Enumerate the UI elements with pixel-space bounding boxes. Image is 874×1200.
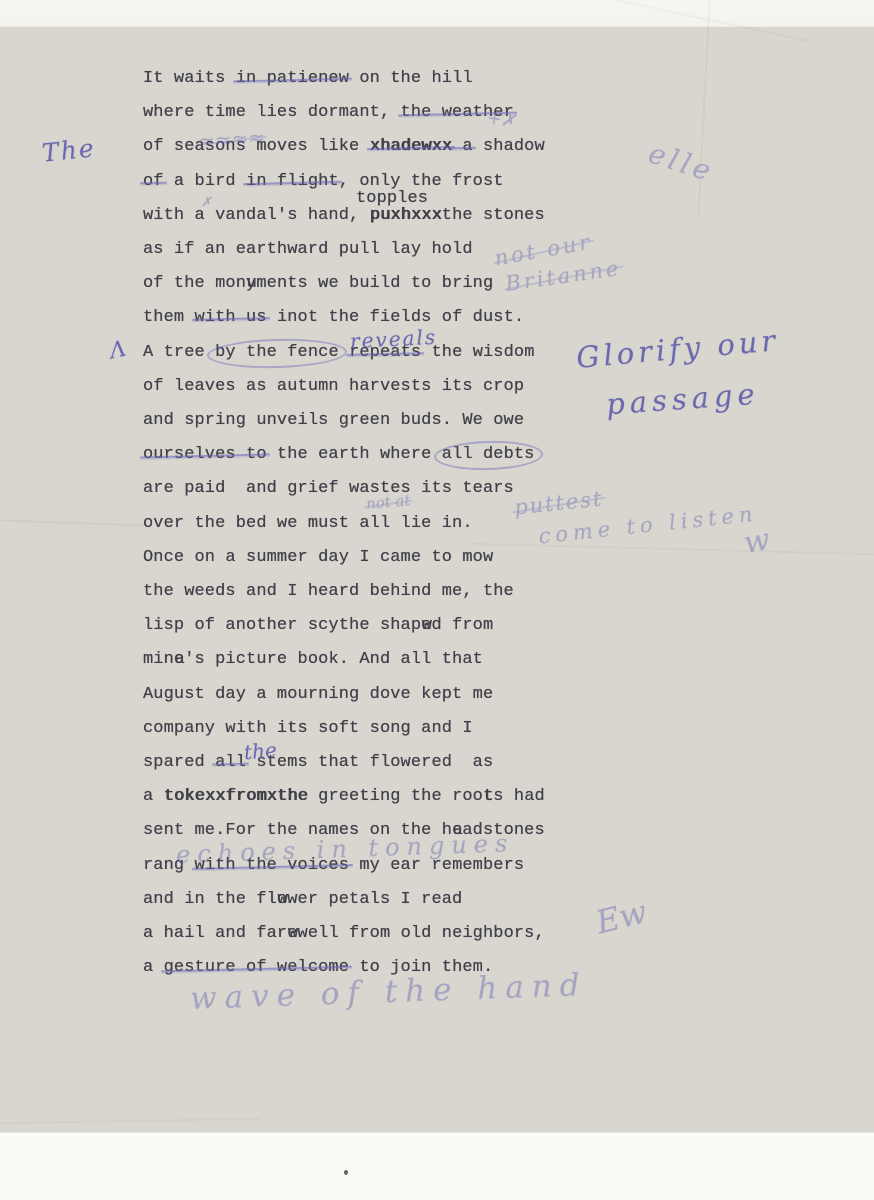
typed-text: well from old neighbors,: [298, 925, 545, 942]
typed-text: a hail and far: [143, 925, 287, 942]
handwritten-annotation: not at: [365, 491, 411, 513]
overstruck-chars: ow: [277, 891, 287, 908]
handwritten-annotation: puttest: [513, 486, 605, 519]
typed-text: stems that flowered as: [246, 754, 493, 771]
typed-text: Once on a summer day I came to mow: [143, 549, 493, 566]
typed-text: [339, 344, 349, 361]
typed-line-12: and spring unveils green buds. We owe: [143, 412, 524, 429]
typed-line-17: the weeds and I heard behind me, the: [143, 583, 514, 600]
typed-text: them: [143, 309, 195, 326]
typed-text: A tree: [143, 344, 215, 361]
scanner-edge-bottom: [0, 1132, 874, 1200]
typed-text: the stones: [442, 207, 545, 224]
overstruck-chars: ew: [287, 925, 297, 942]
typed-text: are paid and grief wastes its tears: [143, 480, 514, 497]
typed-text: of the mon: [143, 275, 246, 292]
typed-line-18: lisp of another scythe shapewd from: [143, 617, 493, 634]
handwritten-annotation: ✗: [201, 195, 212, 210]
scanner-edge-top: [0, 0, 874, 27]
crease-mark: [0, 1118, 260, 1125]
handwritten-annotation: +✗: [486, 108, 517, 132]
handwritten-annotation: Λ: [108, 337, 129, 365]
pen-struck-text: gesture of welcome: [164, 959, 349, 976]
typed-text: s had: [493, 788, 545, 805]
typed-line-21: company with its soft song and I: [143, 720, 473, 737]
typed-line-15: over the bed we must all lie in.: [143, 515, 473, 532]
typed-line-22: spared all stems that flowered as: [143, 754, 493, 771]
typed-text: of leaves as autumn harvests its crop: [143, 378, 524, 395]
crease-mark: [0, 519, 150, 526]
typed-text: 's picture book. And all that: [184, 651, 483, 668]
handwritten-annotation: Ew: [592, 892, 650, 941]
typed-text: lisp of another scythe shap: [143, 617, 421, 634]
typed-text: It waits: [143, 70, 236, 87]
typed-text: min: [143, 651, 174, 668]
pen-struck-text: ourselves to: [143, 446, 267, 463]
scanned-poem-page: It waits in patienew on the hillwhere ti…: [0, 0, 874, 1200]
typed-line-4: of a bird in flight, only the frost: [143, 173, 504, 190]
typed-line-9: them with us inot the fields of dust.: [143, 309, 524, 326]
typed-line-19: minea's picture book. And all that: [143, 651, 483, 668]
typed-line-14: are paid and grief wastes its tears: [143, 480, 514, 497]
typed-text: wer petals I read: [287, 891, 462, 908]
ink-speck: [344, 1170, 348, 1175]
handwritten-annotation: the: [243, 738, 278, 765]
typed-text: with a vandal's hand,: [143, 207, 370, 224]
typed-text: greeting the roo: [308, 788, 483, 805]
typed-over-text: tokexxfromxthe: [164, 788, 308, 805]
typed-line-7: as if an earthward pull lay hold: [143, 241, 473, 258]
typed-text: inot the fields of dust.: [267, 309, 525, 326]
typed-line-10: A tree by the fence repeats the wisdom: [143, 344, 535, 361]
typed-line-11: of leaves as autumn harvests its crop: [143, 378, 524, 395]
typed-line-5: topples: [356, 190, 428, 207]
typed-text: ments we build to bring: [256, 275, 493, 292]
typed-text: d from: [431, 617, 493, 634]
typed-line-16: Once on a summer day I came to mow: [143, 549, 493, 566]
typed-text: shadow: [473, 138, 545, 155]
handwritten-annotation: passage: [605, 377, 761, 422]
pen-struck-text: in flight: [246, 173, 339, 190]
typed-text: a: [143, 959, 164, 976]
handwritten-annotation: The: [41, 133, 97, 167]
typed-over-pen-struck-text: xhadewxx: [370, 138, 452, 155]
typed-line-26: and in the flowwer petals I read: [143, 891, 462, 908]
overstruck-chars: yu: [246, 275, 256, 292]
pen-struck-text: all: [215, 754, 246, 771]
overstruck-chars: ew: [421, 617, 431, 634]
overstruck-chars: tt: [483, 788, 493, 805]
handwritten-annotation: ≈≈≈≈: [197, 125, 266, 154]
typed-text: company with its soft song and I: [143, 720, 473, 737]
crease-mark: [470, 543, 874, 556]
typed-text: a bird: [164, 173, 246, 190]
typed-line-13: ourselves to the earth where all debts: [143, 446, 534, 463]
typed-text: the earth where: [267, 446, 442, 463]
pen-circled-text: all debts: [442, 446, 535, 463]
handwritten-annotation: elle: [645, 136, 719, 188]
typed-text: over the bed we must all lie in.: [143, 515, 473, 532]
typed-line-20: August day a mourning dove kept me: [143, 686, 493, 703]
typed-text: the weeds and I heard behind me, the: [143, 583, 514, 600]
typed-text: as if an earthward pull lay hold: [143, 241, 473, 258]
typed-text: spared: [143, 754, 215, 771]
typed-text: a: [143, 788, 164, 805]
typed-line-2: where time lies dormant, the weather: [143, 104, 514, 121]
typed-line-27: a hail and farewwell from old neighbors,: [143, 925, 545, 942]
pen-circled-text: by the fence: [215, 344, 339, 361]
pen-struck-text: with us: [195, 309, 267, 326]
typed-line-23: a tokexxfromxthe greeting the rootts had: [143, 788, 545, 805]
typed-over-text: puxhxxx: [370, 207, 442, 224]
handwritten-annotation: Glorify our: [575, 323, 781, 375]
typed-text: and in the fl: [143, 891, 277, 908]
handwritten-annotation: reveals: [349, 325, 437, 354]
typed-text: , only the frost: [339, 173, 504, 190]
typed-line-8: of the monyuments we build to bring: [143, 275, 493, 292]
overstruck-chars: ea: [174, 651, 184, 668]
pen-struck-text: a: [452, 138, 473, 155]
typed-text: August day a mourning dove kept me: [143, 686, 493, 703]
pen-struck-text: in patienew: [236, 70, 349, 87]
pen-struck-text: of: [143, 173, 164, 190]
typed-text: on the hill: [349, 70, 473, 87]
handwritten-annotation: w: [741, 522, 772, 561]
typed-text: and spring unveils green buds. We owe: [143, 412, 524, 429]
typed-line-1: It waits in patienew on the hill: [143, 70, 473, 87]
typed-text: where time lies dormant,: [143, 104, 401, 121]
typed-text: the wisdom: [421, 344, 534, 361]
typed-text: topples: [356, 190, 428, 207]
